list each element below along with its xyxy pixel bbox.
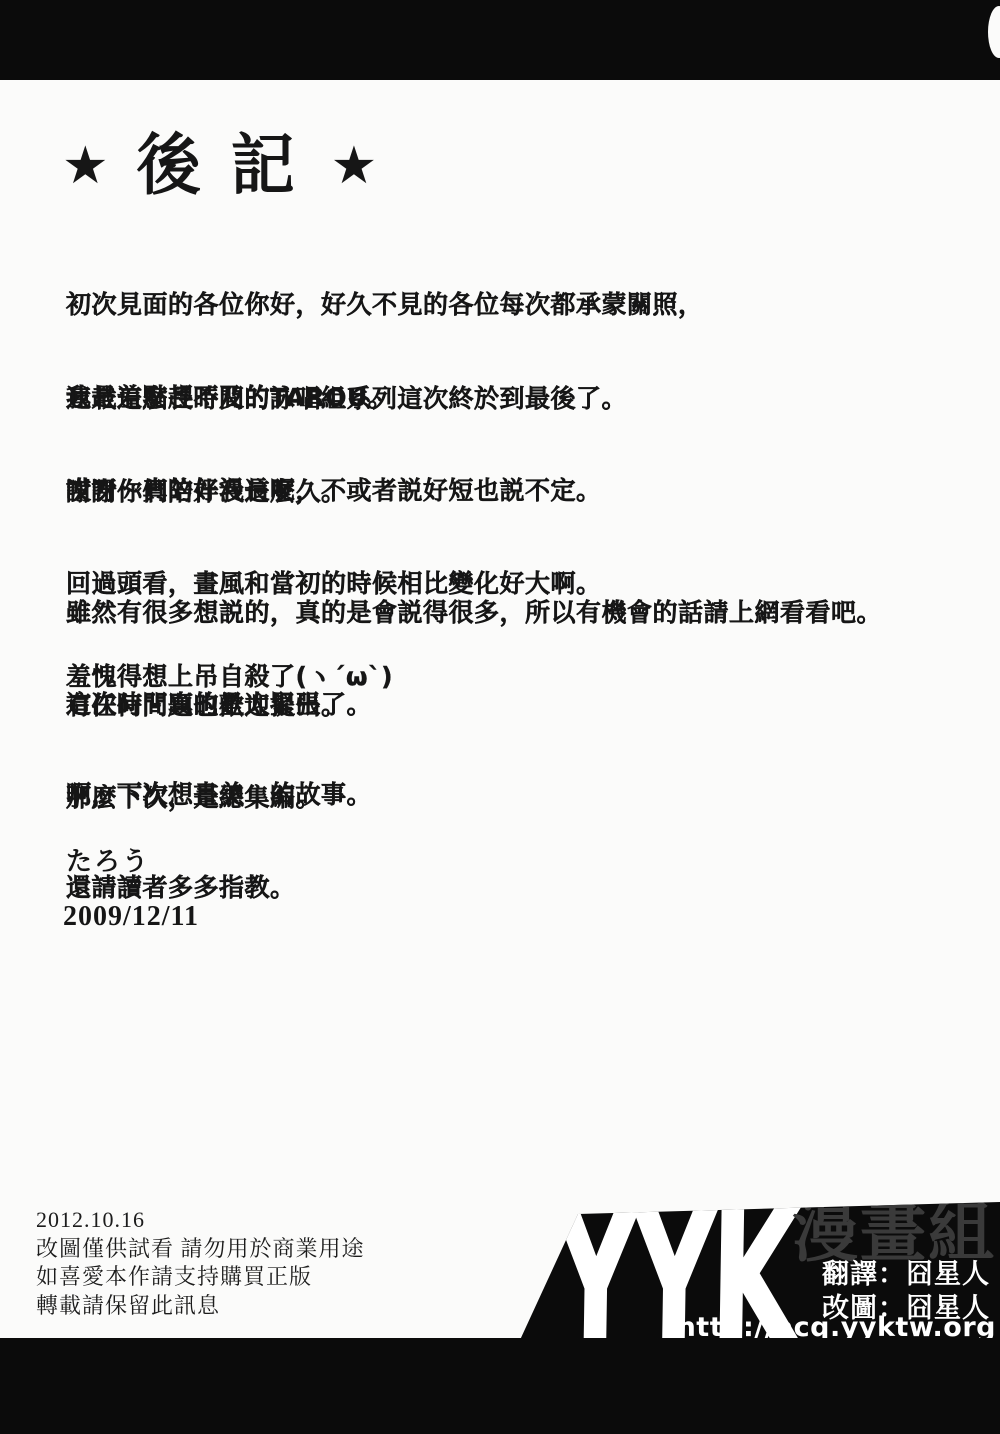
star-icon-right: ★	[331, 126, 378, 206]
paragraph-line: 啊，下次想畫美 的故事。	[66, 779, 372, 810]
page-title-text: 後記	[137, 124, 325, 207]
afterword-date: 2009/12/11	[63, 901, 199, 933]
paragraph-line: 哎呀～真的好漫長呢，不或者説好短也説不定。	[66, 475, 602, 506]
afterword-page: ★ 後記 ★ 初次見面的各位你好，好久不見的各位每次都承蒙關照， 我是差點趕不及…	[0, 0, 1000, 1434]
bottom-black-bar	[0, 1338, 1000, 1434]
paragraph-line: 初次見面的各位你好，好久不見的各位每次都承蒙關照，	[66, 289, 704, 320]
paragraph-line: 連載這麼長時間的詠唱組系列這次終於到最後了。	[66, 383, 627, 414]
paragraph-line: 雖然有很多想説的，真的是會説得很多，所以有機會的話請上網看看吧。	[66, 597, 882, 628]
author-signature: たろう	[66, 841, 150, 878]
disclaimer-line: 如喜愛本作請支持購買正版	[36, 1263, 365, 1292]
star-icon-left: ★	[62, 126, 109, 206]
disclaimer-line: 轉載請保留此訊息	[36, 1292, 365, 1321]
scanlation-group-block: YYK 漫畫組 翻譯：囧星人 改圖：囧星人 http://acq.yyktw.o…	[520, 1202, 1000, 1340]
scan-notch	[988, 6, 1000, 58]
scanlation-disclaimer: 2012.10.16 改圖僅供試看 請勿用於商業用途 如喜愛本作請支持購買正版 …	[36, 1206, 365, 1320]
page-title: ★ 後記 ★	[62, 126, 377, 206]
top-black-bar	[0, 0, 1000, 80]
paragraph-line: 這次時間真的是太緊張了。	[66, 689, 372, 720]
disclaimer-date: 2012.10.16	[36, 1206, 365, 1235]
credit-translator: 翻譯：囧星人	[822, 1258, 990, 1292]
disclaimer-line: 改圖僅供試看 請勿用於商業用途	[36, 1235, 365, 1264]
